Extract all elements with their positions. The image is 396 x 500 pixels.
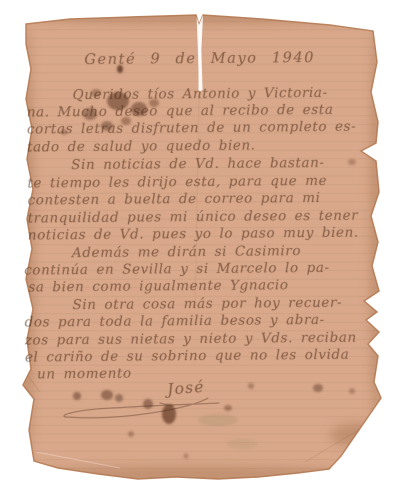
letter-line: el cariño de su sobrino que no les olvid… [25,349,350,365]
letter-line: un momento [37,368,132,382]
letter-line: Sin noticias de Vd. hace bastan- [71,157,324,173]
letter-line: contesten a buelta de correo para mi [28,192,321,208]
letter-line: Queridos tíos Antonio y Victoria- [73,87,328,103]
letter-line: Sin otra cosa más por hoy recuer- [72,297,342,313]
letter-line: tranquilidad pues mi único deseo es tene… [28,210,359,226]
letter-line: zos para sus nietas y nieto y Vds. recib… [25,332,357,348]
letter-line: continúa en Sevilla y si Marcelo lo pa- [24,262,330,278]
letter-line: tado de salud yo quedo bien. [27,139,256,154]
letter-line: dos para toda la familia besos y abra- [25,314,325,330]
letter-signature: José [167,380,206,398]
letter-line: cortas letras disfruten de un completo e… [27,121,356,137]
letter-line: Además me dirán si Casimiro [72,245,301,260]
letter-line: noticias de Vd. pues yo lo paso muy bien… [28,227,359,243]
letter-text: Genté 9 de Mayo 1940 Queridos tíos Anton… [0,0,396,500]
letter-line: sa bien como igualmente Ygnacio [28,279,288,295]
letter-line: na. Mucho deseo que al recibo de esta [27,104,334,120]
letter-line: te tiempo les dirijo esta, para que me [27,175,327,191]
letter-photo: Genté 9 de Mayo 1940 Queridos tíos Anton… [0,0,396,500]
letter-dateline: Genté 9 de Mayo 1940 [84,51,315,68]
